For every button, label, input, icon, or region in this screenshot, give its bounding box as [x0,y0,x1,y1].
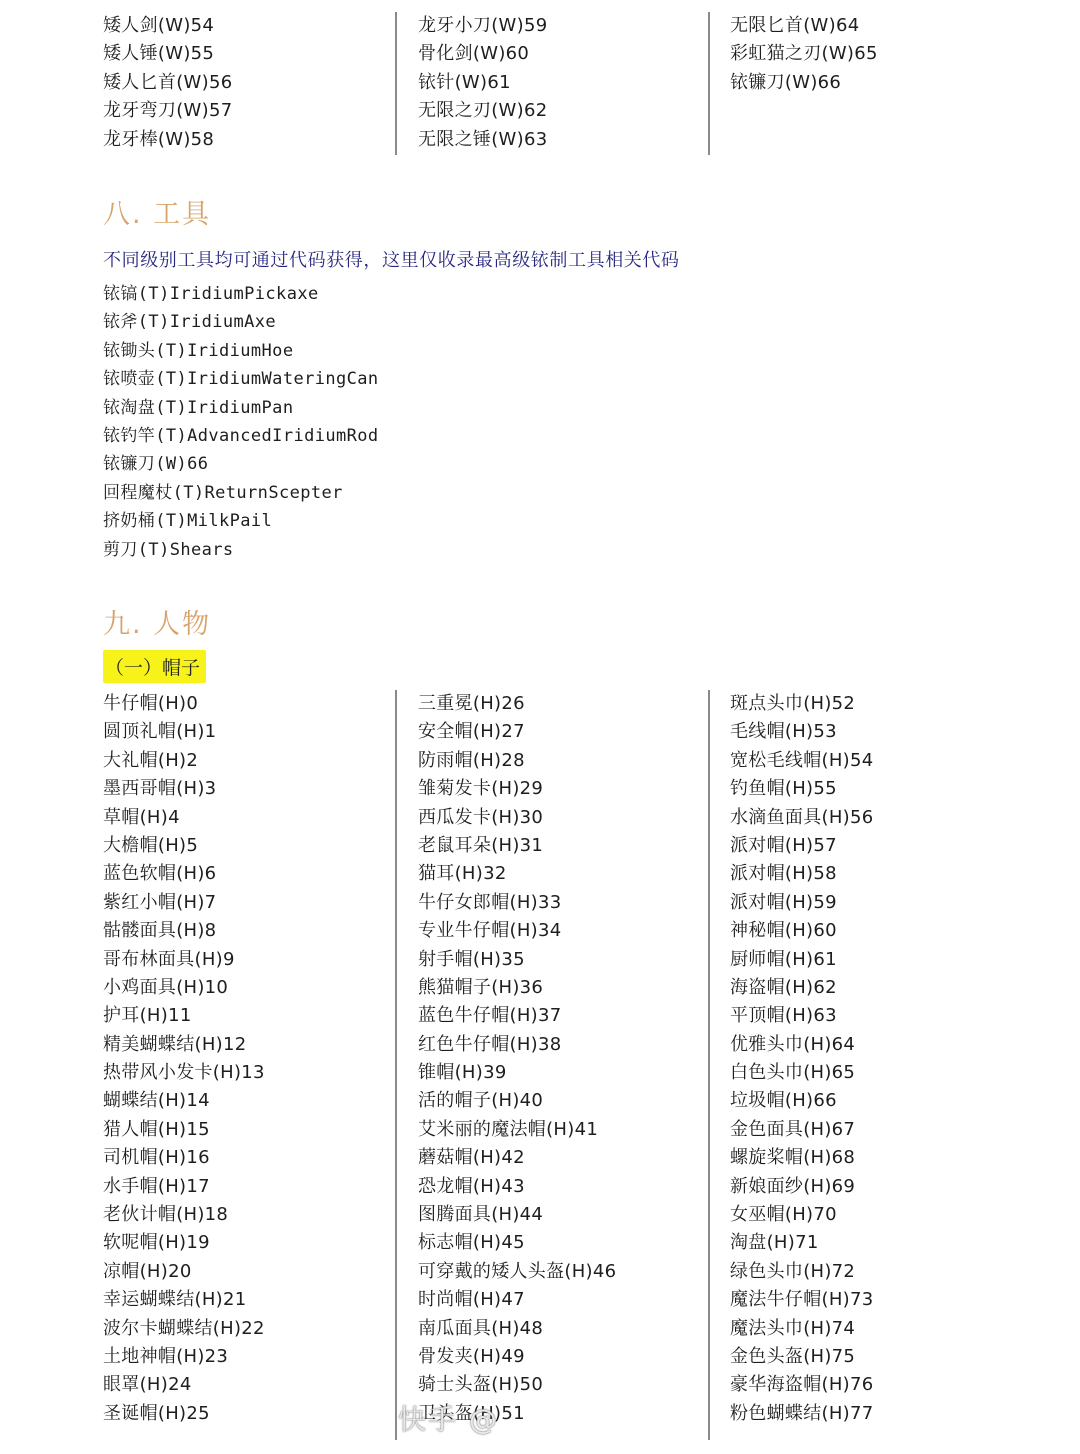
list-item: 哥布林面具(H)9 [103,946,395,974]
list-item: 派对帽(H)58 [730,860,1080,888]
list-item: 铱镐(T)IridiumPickaxe [103,280,379,308]
list-item: 铱钓竿(T)AdvancedIridiumRod [103,422,379,450]
list-item: 眼罩(H)24 [103,1371,395,1399]
list-item: 圆顶礼帽(H)1 [103,718,395,746]
list-item: 无限之锤(W)63 [418,126,708,154]
list-item: 大礼帽(H)2 [103,747,395,775]
list-item: 金色头盔(H)75 [730,1343,1080,1371]
list-item: 雏菊发卡(H)29 [418,775,708,803]
list-item: 防雨帽(H)28 [418,747,708,775]
list-item: 剪刀(T)Shears [103,536,379,564]
list-item: 猎人帽(H)15 [103,1116,395,1144]
list-item: 豪华海盗帽(H)76 [730,1371,1080,1399]
list-item: 老伙计帽(H)18 [103,1201,395,1229]
list-item: 派对帽(H)59 [730,889,1080,917]
list-item: 优雅头巾(H)64 [730,1031,1080,1059]
list-item: 粉色蝴蝶结(H)77 [730,1400,1080,1428]
list-item: 派对帽(H)57 [730,832,1080,860]
list-item: 斑点头巾(H)52 [730,690,1080,718]
list-item: 金色面具(H)67 [730,1116,1080,1144]
list-item: 铱镰刀(W)66 [730,69,1080,97]
list-item: 恐龙帽(H)43 [418,1173,708,1201]
list-item: 魔法牛仔帽(H)73 [730,1286,1080,1314]
list-item: 无限之刃(W)62 [418,97,708,125]
list-item: 射手帽(H)35 [418,946,708,974]
list-item: 彩虹猫之刃(W)65 [730,40,1080,68]
list-item: 骨化剑(W)60 [418,40,708,68]
list-item: 铱喷壶(T)IridiumWateringCan [103,365,379,393]
list-item: 矮人剑(W)54 [103,12,395,40]
list-item: 龙牙小刀(W)59 [418,12,708,40]
list-item: 无限匕首(W)64 [730,12,1080,40]
list-item: 龙牙弯刀(W)57 [103,97,395,125]
list-item: 骷髅面具(H)8 [103,917,395,945]
list-item: 小鸡面具(H)10 [103,974,395,1002]
list-item: 图腾面具(H)44 [418,1201,708,1229]
list-item: 精美蝴蝶结(H)12 [103,1031,395,1059]
list-item: 牛仔帽(H)0 [103,690,395,718]
list-item: 波尔卡蝴蝶结(H)22 [103,1315,395,1343]
list-item: 厨师帽(H)61 [730,946,1080,974]
list-item: 铱针(W)61 [418,69,708,97]
list-item: 钓鱼帽(H)55 [730,775,1080,803]
list-item: 蘑菇帽(H)42 [418,1144,708,1172]
list-item: 女巫帽(H)70 [730,1201,1080,1229]
list-item: 三重冕(H)26 [418,690,708,718]
list-item: 西瓜发卡(H)30 [418,804,708,832]
section-title-tools: 八. 工具 [103,192,211,231]
list-item: 大檐帽(H)5 [103,832,395,860]
list-item: 回程魔杖(T)ReturnScepter [103,479,379,507]
list-item: 水手帽(H)17 [103,1173,395,1201]
list-item: 骨发夹(H)49 [418,1343,708,1371]
list-item: 水滴鱼面具(H)56 [730,804,1080,832]
list-item: 软呢帽(H)19 [103,1229,395,1257]
list-item: 垃圾帽(H)66 [730,1087,1080,1115]
weapons-column-3: 无限匕首(W)64彩虹猫之刃(W)65铱镰刀(W)66 [708,12,1080,155]
weapons-column-1: 矮人剑(W)54矮人锤(W)55矮人匕首(W)56龙牙弯刀(W)57龙牙棒(W)… [0,12,395,155]
list-item: 绿色头巾(H)72 [730,1258,1080,1286]
list-item: 蓝色牛仔帽(H)37 [418,1002,708,1030]
list-item: 艾米丽的魔法帽(H)41 [418,1116,708,1144]
list-item: 毛线帽(H)53 [730,718,1080,746]
list-item: 护耳(H)11 [103,1002,395,1030]
list-item: 可穿戴的矮人头盔(H)46 [418,1258,708,1286]
list-item: 幸运蝴蝶结(H)21 [103,1286,395,1314]
list-item: 铱淘盘(T)IridiumPan [103,394,379,422]
list-item: 熊猫帽子(H)36 [418,974,708,1002]
list-item: 安全帽(H)27 [418,718,708,746]
tools-list: 铱镐(T)IridiumPickaxe铱斧(T)IridiumAxe铱锄头(T)… [103,280,379,564]
list-item: 锥帽(H)39 [418,1059,708,1087]
hats-column-1: 牛仔帽(H)0圆顶礼帽(H)1大礼帽(H)2墨西哥帽(H)3草帽(H)4大檐帽(… [0,690,395,1440]
list-item: 墨西哥帽(H)3 [103,775,395,803]
hats-list: 牛仔帽(H)0圆顶礼帽(H)1大礼帽(H)2墨西哥帽(H)3草帽(H)4大檐帽(… [0,690,1080,1440]
list-item: 红色牛仔帽(H)38 [418,1031,708,1059]
list-item: 紫红小帽(H)7 [103,889,395,917]
section-title-character: 九. 人物 [103,602,211,641]
subsection-title-hats: （一）帽子 [103,650,206,683]
list-item: 矮人锤(W)55 [103,40,395,68]
list-item: 热带风小发卡(H)13 [103,1059,395,1087]
list-item: 挤奶桶(T)MilkPail [103,507,379,535]
hats-column-3: 斑点头巾(H)52毛线帽(H)53宽松毛线帽(H)54钓鱼帽(H)55水滴鱼面具… [708,690,1080,1440]
hats-column-2: 三重冕(H)26安全帽(H)27防雨帽(H)28雏菊发卡(H)29西瓜发卡(H)… [395,690,708,1440]
list-item: 蝴蝶结(H)14 [103,1087,395,1115]
list-item: 凉帽(H)20 [103,1258,395,1286]
list-item: 龙牙棒(W)58 [103,126,395,154]
list-item: 白色头巾(H)65 [730,1059,1080,1087]
weapons-column-2: 龙牙小刀(W)59骨化剑(W)60铱针(W)61无限之刃(W)62无限之锤(W)… [395,12,708,155]
list-item: 卫头盔(H)51 [418,1400,708,1428]
list-item: 螺旋桨帽(H)68 [730,1144,1080,1172]
list-item: 标志帽(H)45 [418,1229,708,1257]
list-item: 专业牛仔帽(H)34 [418,917,708,945]
list-item: 时尚帽(H)47 [418,1286,708,1314]
list-item: 猫耳(H)32 [418,860,708,888]
list-item: 铱斧(T)IridiumAxe [103,308,379,336]
list-item: 骑士头盔(H)50 [418,1371,708,1399]
list-item: 圣诞帽(H)25 [103,1400,395,1428]
list-item: 矮人匕首(W)56 [103,69,395,97]
list-item: 宽松毛线帽(H)54 [730,747,1080,775]
list-item: 老鼠耳朵(H)31 [418,832,708,860]
list-item: 司机帽(H)16 [103,1144,395,1172]
list-item: 活的帽子(H)40 [418,1087,708,1115]
list-item: 神秘帽(H)60 [730,917,1080,945]
list-item: 土地神帽(H)23 [103,1343,395,1371]
list-item: 牛仔女郎帽(H)33 [418,889,708,917]
list-item: 南瓜面具(H)48 [418,1315,708,1343]
tools-note: 不同级别工具均可通过代码获得，这里仅收录最高级铱制工具相关代码 [103,246,680,272]
list-item: 铱镰刀(W)66 [103,450,379,478]
weapons-list: 矮人剑(W)54矮人锤(W)55矮人匕首(W)56龙牙弯刀(W)57龙牙棒(W)… [0,12,1080,155]
list-item: 蓝色软帽(H)6 [103,860,395,888]
list-item: 海盗帽(H)62 [730,974,1080,1002]
list-item: 草帽(H)4 [103,804,395,832]
list-item: 铱锄头(T)IridiumHoe [103,337,379,365]
list-item: 平顶帽(H)63 [730,1002,1080,1030]
list-item: 新娘面纱(H)69 [730,1173,1080,1201]
list-item: 淘盘(H)71 [730,1229,1080,1257]
list-item: 魔法头巾(H)74 [730,1315,1080,1343]
